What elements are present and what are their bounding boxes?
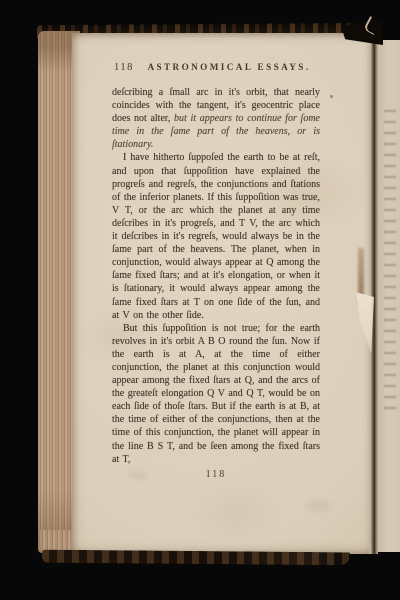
- text-block: deſcribing a ſmall arc in it's orbit, th…: [112, 86, 320, 466]
- book-photo: 118 ASTRONOMICAL ESSAYS. deſcribing a ſm…: [0, 0, 400, 600]
- facing-page-sliver: [378, 40, 400, 552]
- facing-page-text-bleed: [384, 110, 396, 410]
- paragraph-1: deſcribing a ſmall arc in it's orbit, th…: [112, 86, 320, 151]
- book-bottom-edge: [42, 550, 350, 566]
- header-page-number: 118: [114, 62, 134, 73]
- header-running-title: ASTRONOMICAL ESSAYS.: [112, 62, 320, 72]
- printed-page-content: 118 ASTRONOMICAL ESSAYS. deſcribing a ſm…: [112, 62, 320, 480]
- paragraph-2: I have hitherto ſuppoſed the earth to be…: [112, 151, 320, 321]
- paragraph-3: But this ſuppoſition is not true; for th…: [112, 322, 320, 466]
- footer-page-number: 118: [112, 469, 320, 480]
- page-stain: [330, 95, 333, 98]
- page-stain: [305, 500, 331, 512]
- gutter-shadow: [368, 30, 378, 554]
- page-header: 118 ASTRONOMICAL ESSAYS.: [112, 62, 320, 77]
